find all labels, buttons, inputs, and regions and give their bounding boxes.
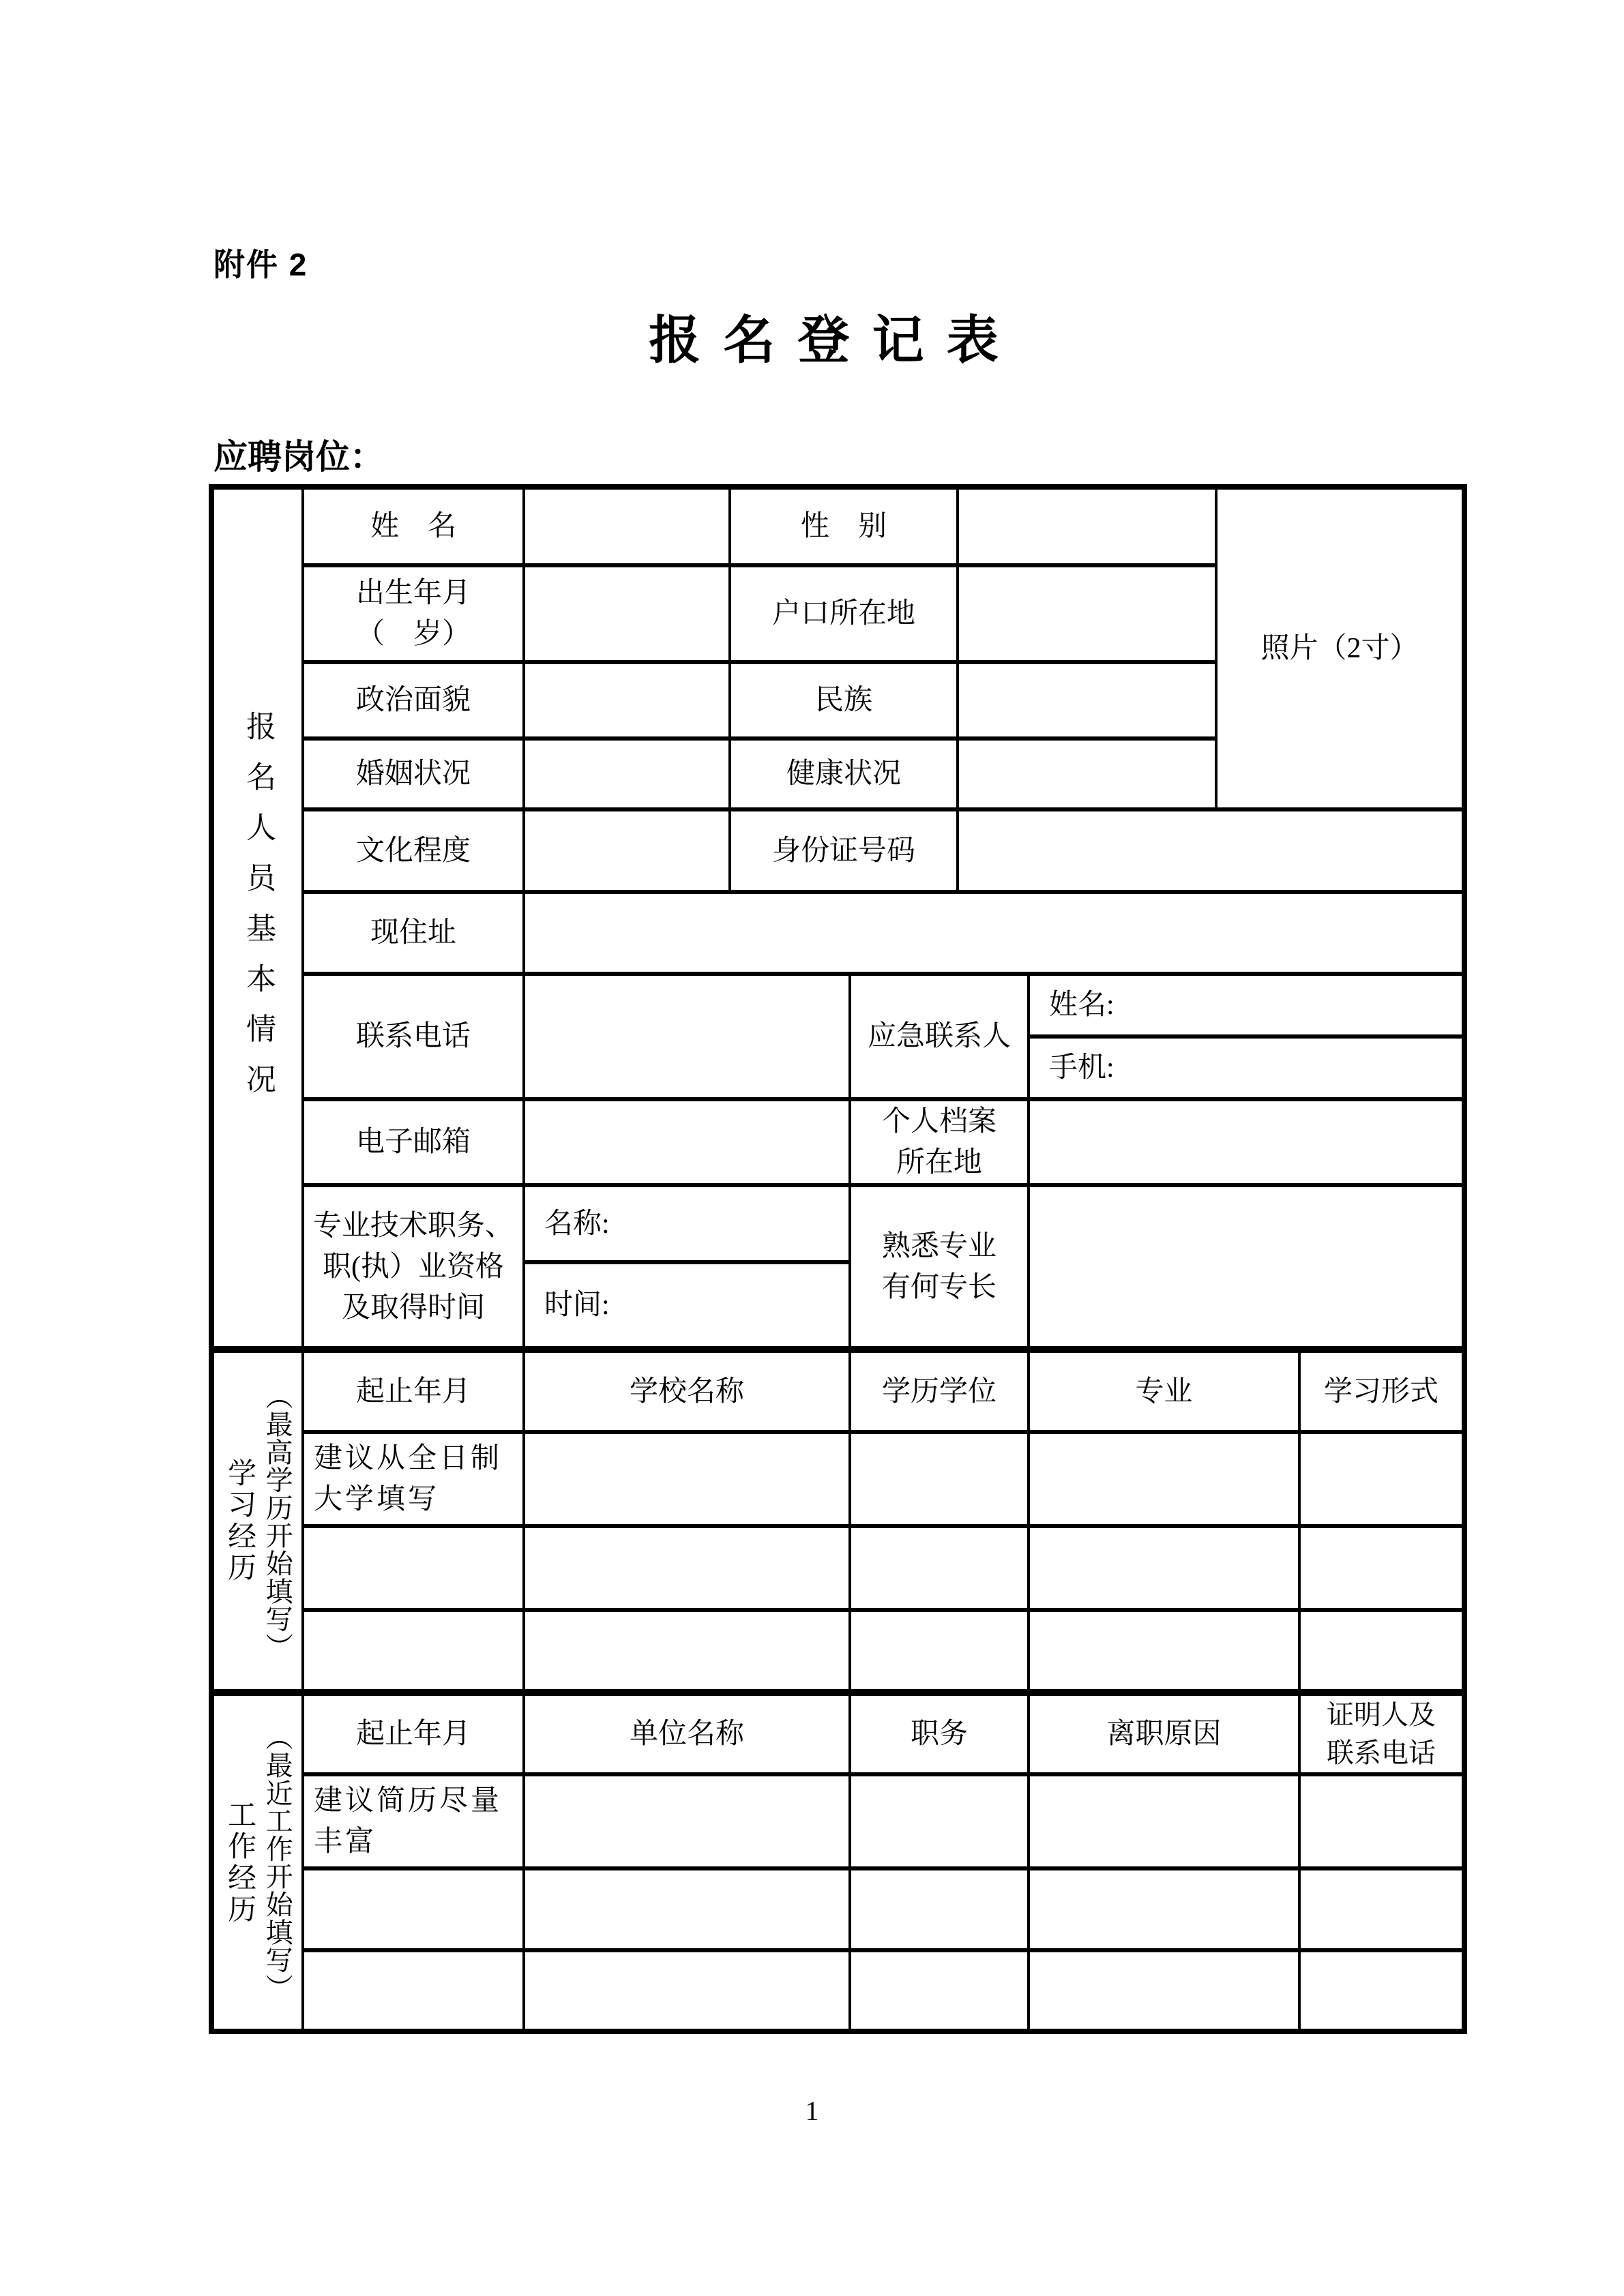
political-input-cell [524,662,730,739]
attachment-label: 附件 2 [213,240,308,285]
position-label: 应聘岗位： [213,430,384,479]
work-row-3 [211,1950,1464,2031]
birth-input-cell [524,565,730,662]
education-cell [303,1610,524,1693]
emergency-name-cell: 姓名: [1029,974,1464,1037]
name-label-cell: 姓 名 [303,487,524,565]
photo-cell: 照片（2寸） [1216,487,1464,809]
registration-table: 报名人员基本情况 姓 名 性 别 照片（2寸） 出生年月 （ 岁） 户口所在地 … [209,484,1467,2034]
work-cell [850,1950,1029,2031]
gender-label-cell: 性 别 [730,487,958,565]
work-cell [850,1868,1029,1950]
work-cell [1029,1868,1299,1950]
row-phone-emergency-name: 联系电话 应急联系人 姓名: [211,974,1464,1037]
work-cell [524,1774,850,1868]
page-title: 报 名 登 记 表 [0,299,1624,373]
row-address: 现住址 [211,892,1464,974]
name-input-cell [524,487,730,565]
education-cell [1029,1432,1299,1526]
sidebar-work: 工作经历 （最近工作开始填写） [211,1693,303,2031]
id-number-input-cell [958,809,1464,892]
ethnicity-input-cell [958,662,1216,739]
row-email-archive: 电子邮箱 个人档案 所在地 [211,1099,1464,1185]
education-cell [850,1432,1029,1526]
address-label-cell: 现住址 [303,892,524,974]
row-education-id: 文化程度 身份证号码 [211,809,1464,892]
work-hint-cell: 建议简历尽量丰富 [303,1774,524,1868]
emergency-mobile-cell: 手机: [1029,1037,1464,1099]
sidebar-basic-info-label: 报名人员基本情况 [243,711,273,1114]
health-label-cell: 健康状况 [730,739,958,809]
work-cell [1299,1774,1464,1868]
education-col-period: 起止年月 [303,1350,524,1432]
health-input-cell [958,739,1216,809]
education-cell [1299,1432,1464,1526]
work-cell [1029,1774,1299,1868]
sidebar-work-labels: 工作经历 （最近工作开始填写） [214,1696,301,2029]
education-cell [1299,1610,1464,1693]
work-header-row: 工作经历 （最近工作开始填写） 起止年月 单位名称 职务 离职原因 证明人及 联… [211,1693,1464,1774]
email-label-cell: 电子邮箱 [303,1099,524,1185]
education-row-3 [211,1610,1464,1693]
sidebar-work-note: （最近工作开始填写） [262,1723,292,2001]
archive-label-cell: 个人档案 所在地 [850,1099,1029,1185]
qualification-time-cell: 时间: [524,1262,850,1350]
education-col-degree: 学历学位 [850,1350,1029,1432]
education-col-major: 专业 [1029,1350,1299,1432]
education-row-1: 建议从全日制大学填写 [211,1432,1464,1526]
work-cell [524,1868,850,1950]
work-col-period: 起止年月 [303,1693,524,1774]
education-row-2 [211,1526,1464,1610]
work-cell [303,1950,524,2031]
work-col-reference: 证明人及 联系电话 [1299,1693,1464,1774]
gender-input-cell [958,487,1216,565]
education-cell [524,1610,850,1693]
education-cell [524,1526,850,1610]
education-cell [303,1526,524,1610]
education-col-form: 学习形式 [1299,1350,1464,1432]
work-cell [524,1950,850,2031]
education-cell [850,1610,1029,1693]
education-cell [850,1526,1029,1610]
sidebar-education-main: 学习经历 [224,1458,255,1584]
work-col-position: 职务 [850,1693,1029,1774]
birth-label-cell: 出生年月 （ 岁） [303,565,524,662]
hukou-input-cell [958,565,1216,662]
specialty-input-cell [1029,1185,1464,1350]
emergency-contact-label-cell: 应急联系人 [850,974,1029,1099]
ethnicity-label-cell: 民族 [730,662,958,739]
hukou-label-cell: 户口所在地 [730,565,958,662]
qualification-name-cell: 名称: [524,1185,850,1262]
work-cell [850,1774,1029,1868]
email-input-cell [524,1099,850,1185]
education-cell [524,1432,850,1526]
work-col-leave-reason: 离职原因 [1029,1693,1299,1774]
sidebar-basic-info: 报名人员基本情况 [211,487,303,1350]
education-label-cell: 文化程度 [303,809,524,892]
education-col-school: 学校名称 [524,1350,850,1432]
work-row-2 [211,1868,1464,1950]
id-number-label-cell: 身份证号码 [730,809,958,892]
work-cell [1299,1868,1464,1950]
sidebar-education-labels: 学习经历 （最高学历开始填写） [214,1353,301,1689]
work-col-company: 单位名称 [524,1693,850,1774]
sidebar-education: 学习经历 （最高学历开始填写） [211,1350,303,1693]
specialty-label-cell: 熟悉专业 有何专长 [850,1185,1029,1350]
education-header-row: 学习经历 （最高学历开始填写） 起止年月 学校名称 学历学位 专业 学习形式 [211,1350,1464,1432]
address-input-cell [524,892,1464,974]
page-number: 1 [0,2095,1624,2127]
archive-input-cell [1029,1099,1464,1185]
phone-input-cell [524,974,850,1099]
sidebar-work-main: 工作经历 [224,1800,255,1926]
political-label-cell: 政治面貌 [303,662,524,739]
qualification-label-cell: 专业技术职务、 职(执）业资格 及取得时间 [303,1185,524,1350]
education-hint-cell: 建议从全日制大学填写 [303,1432,524,1526]
row-name-gender: 报名人员基本情况 姓 名 性 别 照片（2寸） [211,487,1464,565]
education-cell [1029,1610,1299,1693]
marital-label-cell: 婚姻状况 [303,739,524,809]
sidebar-education-note: （最高学历开始填写） [262,1382,292,1660]
phone-label-cell: 联系电话 [303,974,524,1099]
document-page: 附件 2 报 名 登 记 表 应聘岗位： 报名人员基本情况 姓 名 性 别 照片… [0,0,1624,2296]
marital-input-cell [524,739,730,809]
education-cell [1299,1526,1464,1610]
row-qualification-name: 专业技术职务、 职(执）业资格 及取得时间 名称: 熟悉专业 有何专长 [211,1185,1464,1262]
education-input-cell [524,809,730,892]
work-row-1: 建议简历尽量丰富 [211,1774,1464,1868]
education-cell [1029,1526,1299,1610]
work-cell [1029,1950,1299,2031]
work-cell [303,1868,524,1950]
work-cell [1299,1950,1464,2031]
